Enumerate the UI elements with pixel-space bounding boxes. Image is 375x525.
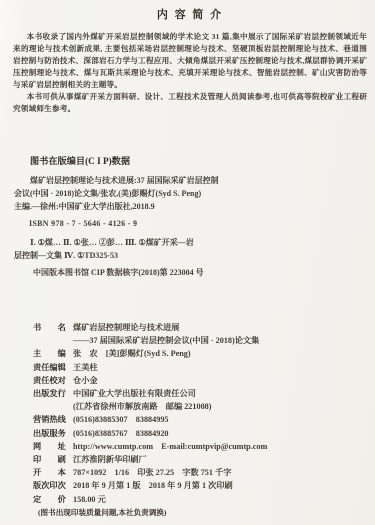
table-row-responsible-editor: 责任编辑 王美柱 [33, 361, 369, 374]
row-label: 责任编辑 [33, 361, 66, 374]
cip-classification-line-1: Ⅰ. ①煤… Ⅱ. ①张… ②彭… Ⅲ. ①煤矿开采—岩 [14, 236, 230, 249]
summary-paragraph-2: 本书可供从事煤矿开采方面科研、设计、工程技术及管理人员阅读参考,也可供高等院校矿… [13, 91, 367, 115]
table-row-publisher: 出版发行 中国矿业大学出版社有限责任公司 [33, 387, 369, 400]
row-label: 书 名 [33, 321, 66, 334]
table-row-edition: 版次印次 2018 年 9 月第 1 版 2018 年 9 月第 1 次印刷 [33, 479, 369, 492]
row-value: 仓小金 [73, 374, 98, 387]
row-value: (0516)83885307 83884995 [73, 413, 169, 426]
table-row-printer: 印 刷 江苏淮阴新华印刷厂 [33, 453, 369, 466]
book-copyright-page: 内 容 简 介 本书收录了国内外煤矿开采岩层控制领域的学术论文 31 篇,集中展… [0, 0, 375, 525]
table-row-format: 开 本 787×1092 1/16 印张 27.25 字数 751 千字 [33, 466, 369, 479]
cip-heading: 图书在版编目(C I P)数据 [30, 153, 230, 167]
row-value: 787×1092 1/16 印张 27.25 字数 751 千字 [73, 466, 231, 479]
table-row-book-title: 书 名 煤矿岩层控制理论与技术进展 [33, 321, 369, 334]
row-label: 出版发行 [33, 387, 66, 400]
table-row-proofreader: 责任校对 仓小金 [33, 374, 369, 387]
cip-data-section: 图书在版编目(C I P)数据 煤矿岩层控制理论与技术进展:37 届国际采矿岩层… [14, 153, 230, 279]
row-value: (0516)83885767 83884920 [73, 427, 169, 440]
table-row-publishing-service: 出版服务 (0516)83885767 83884920 [33, 427, 369, 440]
content-summary-section: 内 容 简 介 本书收录了国内外煤矿开采岩层控制领域的学术论文 31 篇,集中展… [13, 6, 367, 115]
cip-record-line-1: 煤矿岩层控制理论与技术进展:37 届国际采矿岩层控制 [14, 174, 230, 187]
row-label: 主 编 [33, 347, 66, 360]
table-row-editors: 主 编 张 农 [美]彭赐灯(Syd S. Peng) [33, 347, 369, 360]
row-label: 定 价 [33, 493, 66, 506]
table-row-sales-hotline: 营销热线 (0516)83885307 83884995 [33, 413, 369, 426]
row-label: 版次印次 [33, 479, 66, 492]
table-row-price: 定 价 158.00 元 [33, 493, 369, 506]
book-subtitle: ——37 届国际采矿岩层控制会议(中国 · 2018)论文集 [73, 334, 369, 347]
row-value: 王美柱 [73, 361, 98, 374]
row-value: 江苏淮阴新华印刷厂 [73, 453, 147, 466]
cip-record-line-2: 会议(中国 · 2018)论文集/张农,(美)彭赐灯(Syd S. Peng) [14, 187, 230, 200]
row-value: http://www.cumtp.com E-mail:cumtpvip@cum… [73, 440, 267, 453]
isbn-number: ISBN 978 - 7 - 5646 - 4126 - 9 [29, 217, 230, 230]
row-label: 责任校对 [33, 374, 66, 387]
row-label: 网 址 [33, 440, 66, 453]
summary-paragraph-1: 本书收录了国内外煤矿开采岩层控制领域的学术论文 31 篇,集中展示了国际采矿岩层… [13, 31, 367, 91]
publisher-address: (江苏省徐州市解放南路 邮编 221008) [73, 400, 369, 413]
row-value: 中国矿业大学出版社有限责任公司 [73, 387, 196, 400]
row-label: 印 刷 [33, 453, 66, 466]
content-summary-heading: 内 容 简 介 [13, 6, 367, 22]
colophon-table: 书 名 煤矿岩层控制理论与技术进展 ——37 届国际采矿岩层控制会议(中国 · … [33, 321, 369, 519]
row-value: 煤矿岩层控制理论与技术进展 [73, 321, 179, 334]
cip-registry-number: 中国版本图书馆 CIP 数据核字(2018)第 223004 号 [33, 266, 230, 279]
row-label: 开 本 [33, 466, 66, 479]
cip-record-line-3: 主编.—徐州:中国矿业大学出版社,2018.9 [14, 200, 230, 213]
row-value: 2018 年 9 月第 1 版 2018 年 9 月第 1 次印刷 [73, 479, 233, 492]
row-label: 营销热线 [33, 413, 66, 426]
quality-exchange-note: (图书出现印装质量问题,本社负责调换) [38, 507, 369, 519]
table-row-website: 网 址 http://www.cumtp.com E-mail:cumtpvip… [33, 440, 369, 453]
cip-classification-line-2: 层控制—文集 Ⅳ. ①TD325-53 [14, 249, 230, 262]
row-value: 158.00 元 [73, 493, 106, 506]
row-label: 出版服务 [33, 427, 66, 440]
row-value: 张 农 [美]彭赐灯(Syd S. Peng) [73, 347, 191, 360]
